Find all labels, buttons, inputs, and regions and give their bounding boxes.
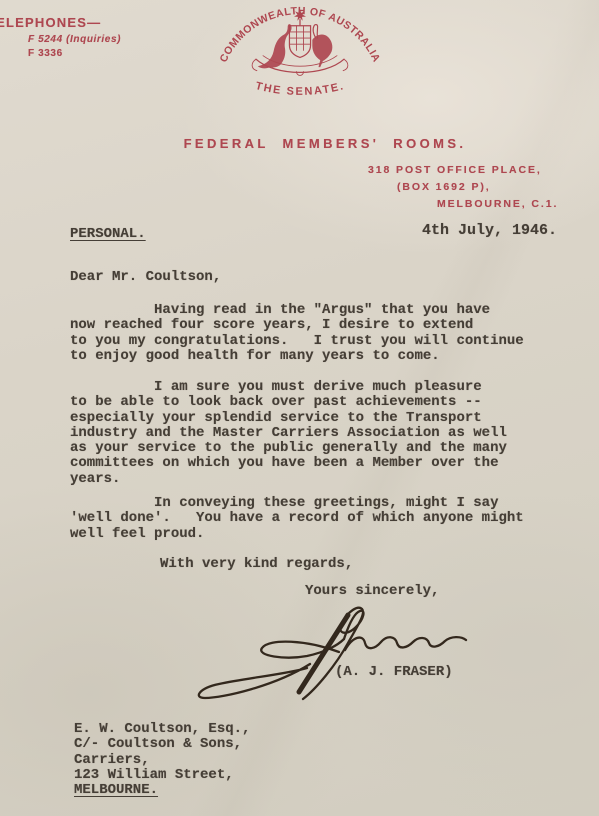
signer-name: (A. J. FRASER) xyxy=(335,665,453,680)
closing-regards: With very kind regards, xyxy=(160,557,353,572)
classification-label: PERSONAL. xyxy=(70,227,146,242)
letter-page: TELEPHONES— F 5244 (Inquiries) F 3336 CO… xyxy=(0,0,599,816)
coat-of-arms-icon: COMMONWEALTH OF AUSTRALIA THE SENATE. xyxy=(212,1,388,113)
telephones-label: TELEPHONES— xyxy=(0,15,101,30)
paragraph-2: I am sure you must derive much pleasure … xyxy=(70,380,507,487)
recipient-lines: E. W. Coultson, Esq., C/- Coultson & Son… xyxy=(74,722,250,783)
emu-icon xyxy=(312,34,332,67)
salutation: Dear Mr. Coultson, xyxy=(70,270,221,285)
recipient-address: E. W. Coultson, Esq., C/- Coultson & Son… xyxy=(74,722,250,798)
address-line-1: 318 POST OFFICE PLACE, xyxy=(368,164,542,176)
phone-line-2: F 3336 xyxy=(28,48,63,59)
office-name: FEDERAL MEMBERS' ROOMS. xyxy=(160,136,490,151)
signature-scrawl-icon xyxy=(195,602,475,714)
address-line-2: (BOX 1692 P), xyxy=(397,181,491,193)
address-line-3: MELBOURNE, C.1. xyxy=(437,198,558,210)
crest-bottom-text: THE SENATE. xyxy=(254,80,346,98)
closing-sincerely: Yours sincerely, xyxy=(305,584,439,599)
paragraph-3: In conveying these greetings, might I sa… xyxy=(70,496,524,542)
recipient-city: MELBOURNE. xyxy=(74,783,250,798)
phone-line-1: F 5244 (Inquiries) xyxy=(28,34,121,45)
svg-text:THE SENATE.: THE SENATE. xyxy=(254,80,346,98)
letter-date: 4th July, 1946. xyxy=(422,223,557,238)
paragraph-1: Having read in the "Argus" that you have… xyxy=(70,303,524,364)
